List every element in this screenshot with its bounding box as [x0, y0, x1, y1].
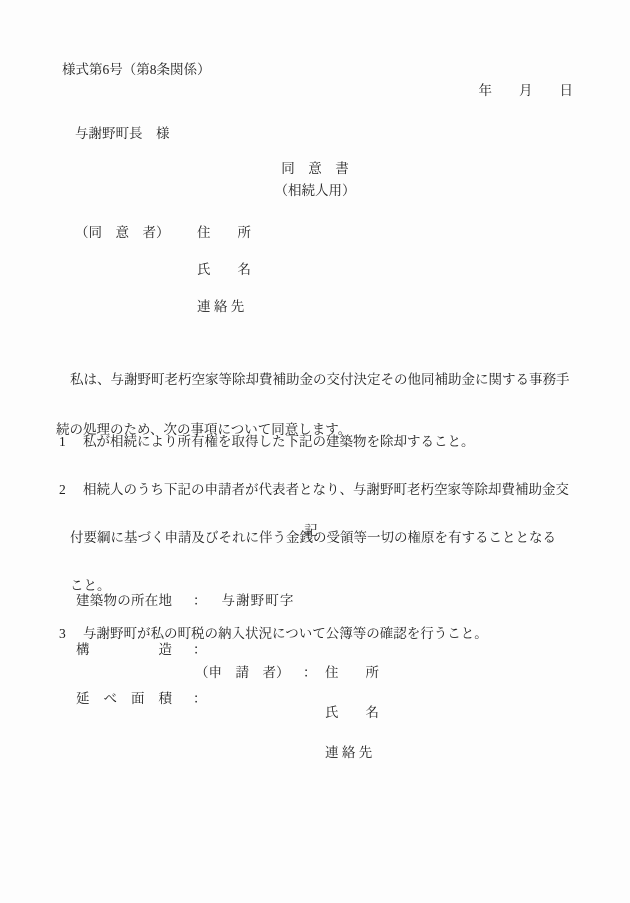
building-label: 構造	[76, 639, 172, 661]
applicant-label: （申 請 者）	[195, 666, 290, 680]
intro-paragraph-line: 私は、与謝野町老朽空家等除却費補助金の交付決定その他同補助金に関する事務手	[56, 368, 586, 391]
colon-separator: ：	[303, 666, 317, 680]
building-label: 延べ面積	[76, 688, 172, 710]
list-item-text: 私が相続により所有権を取得した下記の建築物を除却すること。	[83, 434, 475, 449]
list-item-2: 2相続人のうち下記の申請者が代表者となり、与謝野町老朽空家等除却費補助金交	[0, 479, 600, 500]
applicant-field-address: 住 所	[325, 666, 379, 680]
list-item-number: 1	[59, 431, 83, 452]
colon-separator: ：	[193, 639, 207, 661]
building-info: 建築物の所在地：与謝野町字 構造： 延べ面積：	[76, 563, 294, 737]
applicant-field-contact: 連 絡 先	[325, 746, 372, 760]
building-row-location: 建築物の所在地：与謝野町字	[76, 590, 294, 612]
doc-title: 同 意 書	[0, 162, 630, 176]
form-number: 様式第6号（第8条関係）	[62, 63, 211, 77]
list-item-text: 相続人のうち下記の申請者が代表者となり、与謝野町老朽空家等除却費補助金交	[83, 482, 569, 497]
doc-subtitle: （相続人用）	[0, 184, 630, 198]
list-item-number: 2	[59, 479, 83, 500]
building-row-floor-area: 延べ面積：	[76, 688, 294, 710]
consenter-field-contact: 連 絡 先	[197, 300, 244, 314]
ki-marker: 記	[0, 524, 622, 538]
consenter-label: （同 意 者）	[75, 226, 170, 240]
consent-form-page: 様式第6号（第8条関係） 年 月 日 与謝野町長 様 同 意 書 （相続人用） …	[0, 0, 630, 903]
applicant-field-name: 氏 名	[325, 706, 379, 720]
colon-separator: ：	[193, 688, 207, 710]
building-label: 建築物の所在地	[76, 590, 172, 612]
date-line: 年 月 日	[479, 84, 574, 98]
building-row-structure: 構造：	[76, 639, 294, 661]
building-value-location: 与謝野町字	[222, 590, 295, 612]
consenter-field-address: 住 所	[197, 226, 251, 240]
consenter-field-name: 氏 名	[197, 263, 251, 277]
addressee: 与謝野町長 様	[75, 127, 170, 141]
colon-separator: ：	[193, 590, 207, 612]
list-item-1: 1私が相続により所有権を取得した下記の建築物を除却すること。	[0, 431, 600, 452]
